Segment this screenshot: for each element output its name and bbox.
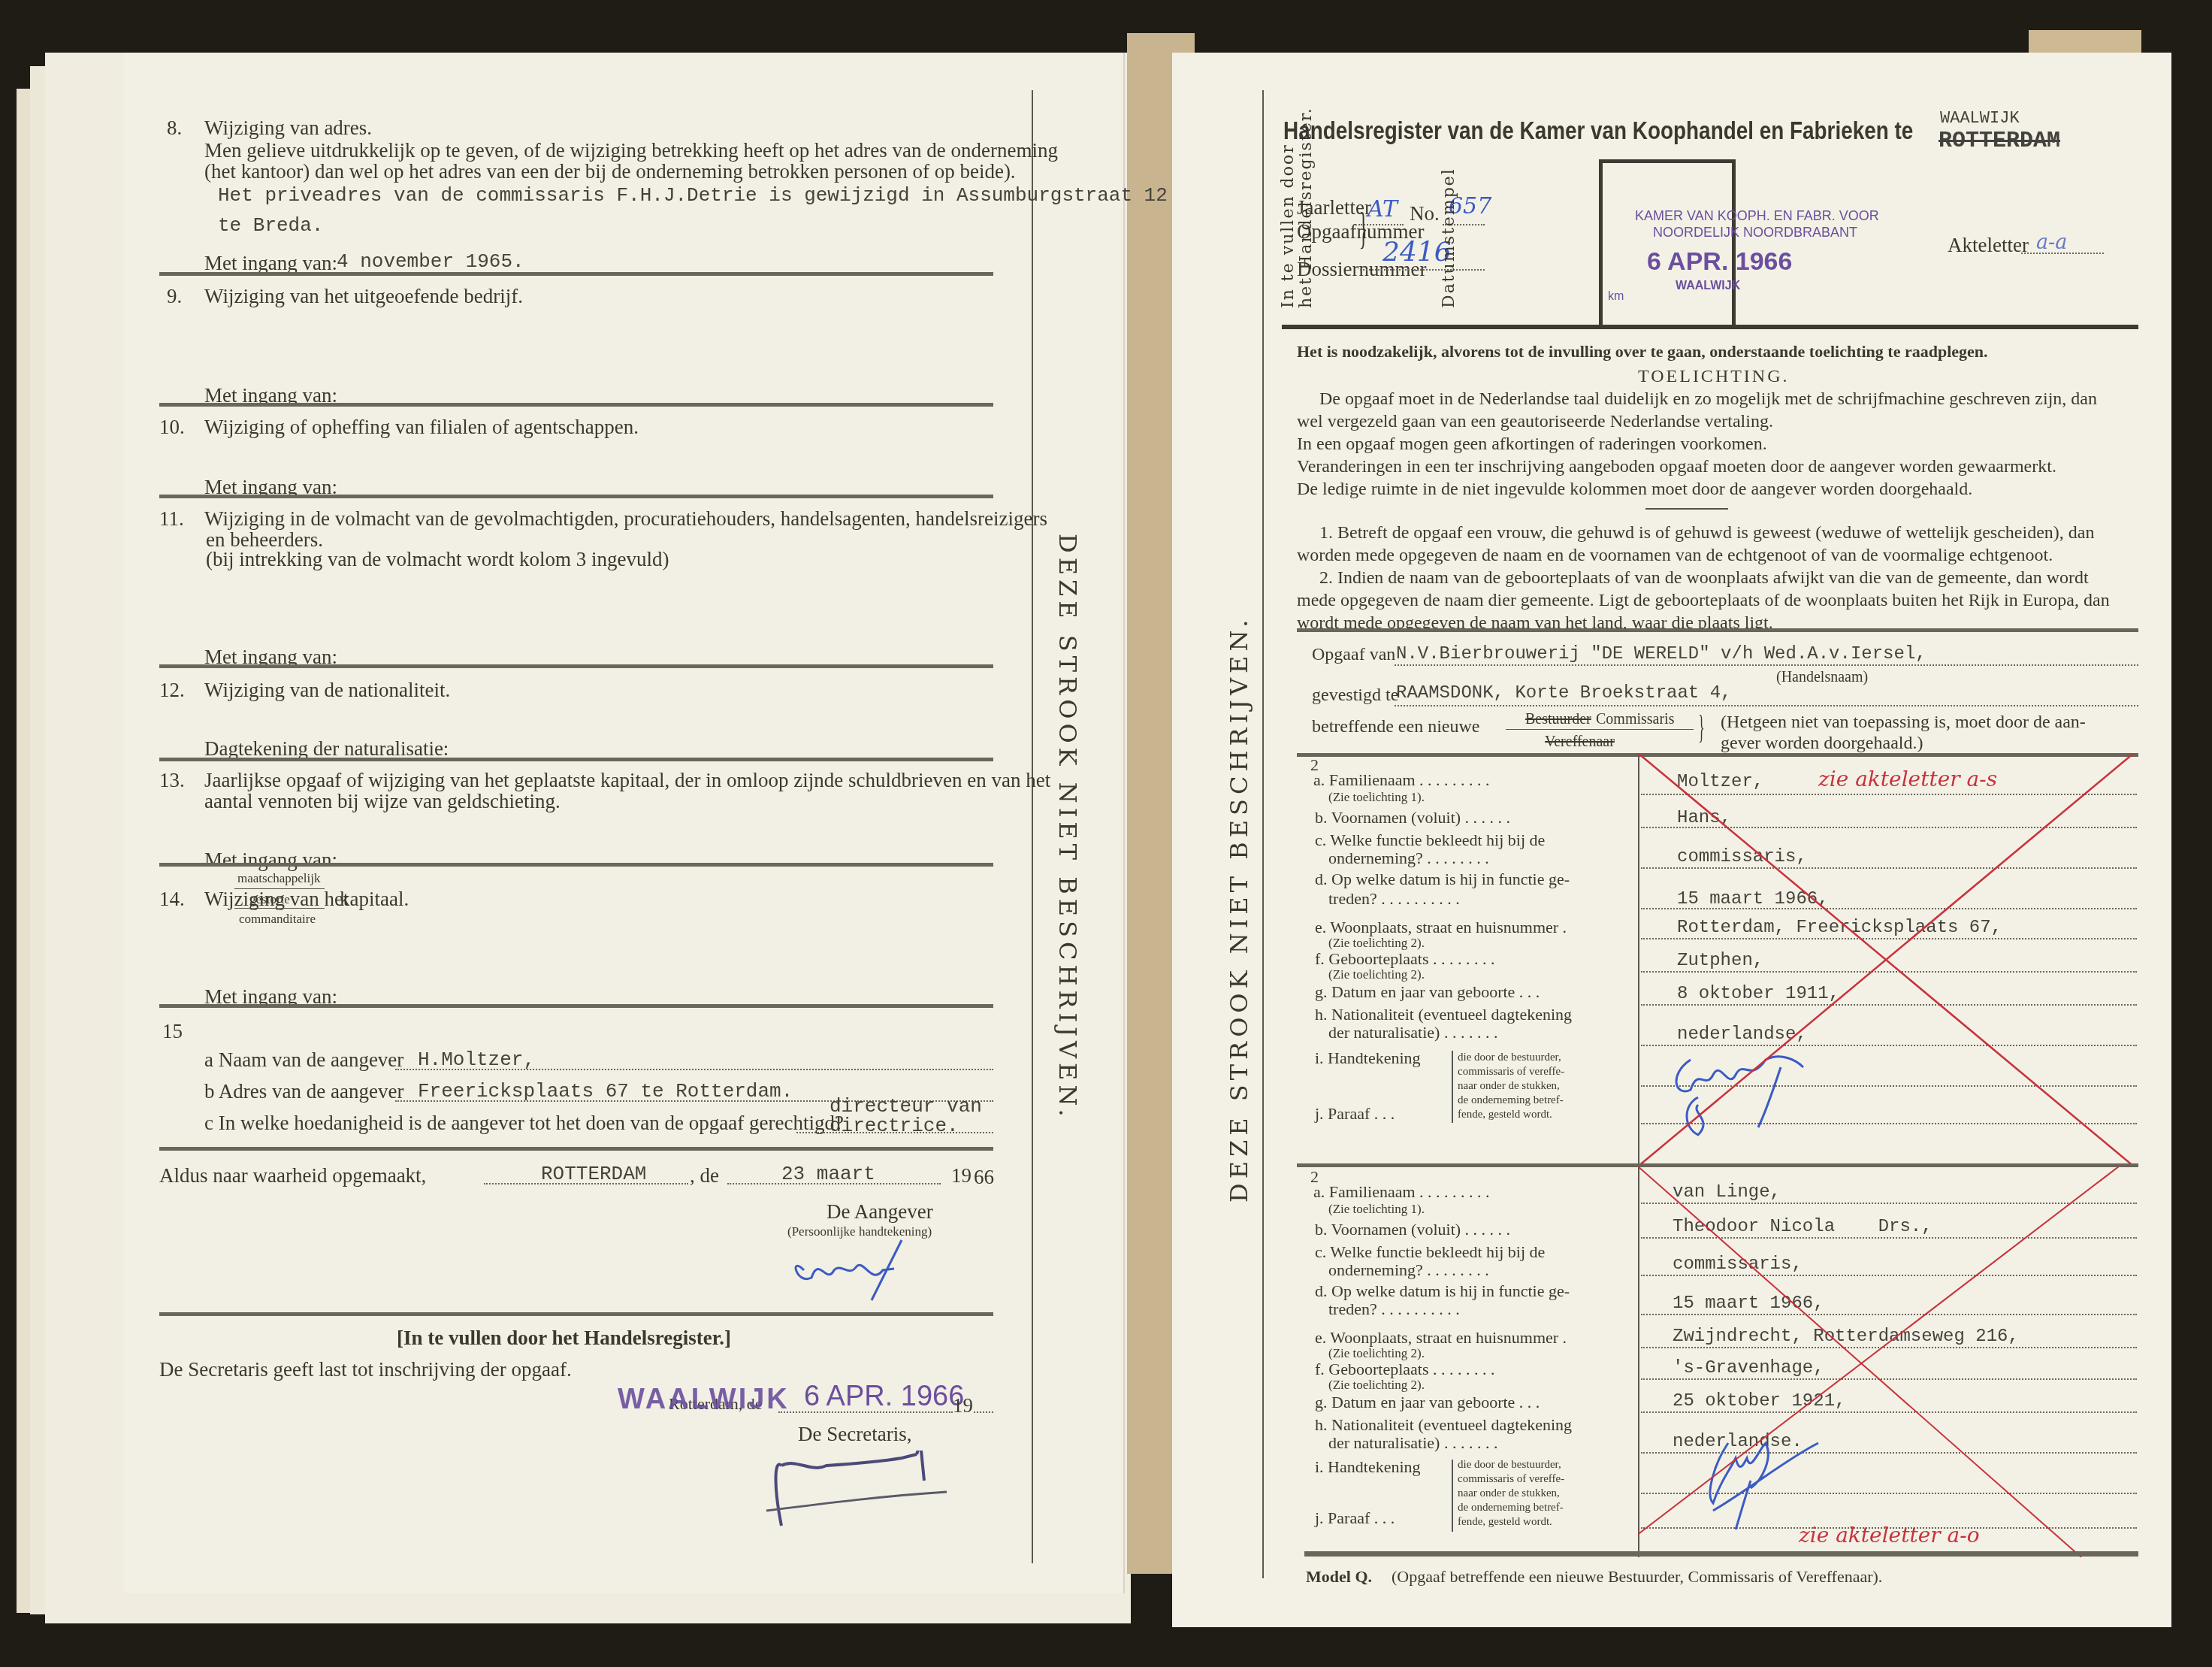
divider (1304, 1551, 2138, 1557)
toelichting-line: De opgaaf moet in de Nederlandse taal du… (1297, 388, 2138, 410)
label-woonplaats: e. Woonplaats, straat en huisnummer . (1315, 918, 1567, 936)
toelichting-line: In een opgaaf mogen geen afkortingen of … (1297, 433, 2138, 455)
signed-year-prefix: 19 (951, 1165, 972, 1187)
item-8-line: Men gelieve uitdrukkelijk op te geven, o… (204, 140, 1058, 162)
label-nationaliteit-2: der naturalisatie) . . . . . . . (1328, 1434, 1497, 1452)
waalwijk-stamp: WAALWIJK (618, 1384, 790, 1416)
signed-year-suffix: 66 (974, 1166, 994, 1189)
cancellation-cross (1638, 753, 2141, 1166)
label-geboorteplaats: f. Geboorteplaats . . . . . . . . (1315, 950, 1495, 968)
stamp-date: 6 APR. 1966 (1647, 248, 1792, 276)
page-edge (1123, 53, 1125, 1593)
note-line: de onderneming betref- (1458, 1501, 1564, 1515)
item-13-number: 13. (159, 770, 185, 792)
signature-note: die door de bestuurder, commissaris of v… (1458, 1051, 1564, 1122)
no-label: No. (1410, 203, 1440, 225)
divider (159, 1004, 993, 1008)
item-9-number: 9. (167, 286, 182, 308)
note-line: worden mede opgegeven de naam en de voor… (1297, 544, 2138, 567)
notice: Het is noodzakelijk, alvorens tot de inv… (1297, 343, 1988, 361)
signed-place: ROTTERDAM (541, 1163, 646, 1185)
note-line: 1. Betreft de opgaaf een vrouw, die gehu… (1297, 522, 2138, 544)
label-functie-2: onderneming? . . . . . . . . (1328, 1261, 1489, 1279)
section-15-number: 15 (162, 1021, 183, 1043)
note-line: 2. Indien de naam van de geboorteplaats … (1297, 567, 2138, 589)
label-familienaam-sub: (Zie toelichting 1). (1328, 1203, 1425, 1217)
aangever-address-label: b Adres van de aangever (204, 1081, 403, 1103)
short-rule (1645, 508, 1728, 510)
aangever-name-label: a Naam van de aangever (204, 1049, 403, 1072)
brace (1452, 1460, 1453, 1532)
aangever-name-value: H.Moltzer, (418, 1049, 535, 1071)
label-nationaliteit-2: der naturalisatie) . . . . . . . (1328, 1024, 1497, 1042)
note-line: naar onder de stukken, (1458, 1079, 1564, 1094)
form-title: Handelsregister van de Kamer van Koophan… (1283, 117, 1913, 145)
signed-date: 23 maart (781, 1163, 875, 1185)
label-woonplaats-sub: (Zie toelichting 2). (1328, 1347, 1425, 1361)
secretaris-caption: De Secretaris, (798, 1423, 911, 1446)
stamp-line-1: KAMER VAN KOOPH. EN FABR. VOOR (1635, 209, 1879, 224)
jaarletter-value: AT (1367, 197, 1398, 222)
fraction-maatschappelijk: maatschappelijk (237, 872, 320, 886)
item-10-number: 10. (159, 416, 185, 439)
label-datum-functie-2: treden? . . . . . . . . . . (1328, 890, 1460, 908)
side-label: In te vullen door (1279, 144, 1298, 308)
label-paraaf: j. Paraaf . . . (1315, 1509, 1395, 1527)
margin-notice-right: DEZE STROOK NIET BESCHRIJVEN. (1225, 615, 1253, 1203)
divider (159, 403, 993, 407)
fraction-line (234, 888, 325, 889)
model-description: (Opgaaf betreffende een nieuwe Bestuurde… (1392, 1568, 1882, 1586)
divider (159, 758, 993, 761)
label-geboorteplaats-sub: (Zie toelichting 2). (1328, 1378, 1425, 1393)
model-label: Model Q. (1306, 1568, 1372, 1586)
aangever-capacity-label: c In welke hoedanigheid is de aangever t… (204, 1112, 844, 1135)
toelichting-heading: TOELICHTING. (1638, 367, 1790, 386)
note-line: commissaris of vereffe- (1458, 1065, 1564, 1079)
margin-divider (1262, 90, 1264, 1578)
note-line: de onderneming betref- (1458, 1094, 1564, 1108)
divider (159, 664, 993, 668)
divider (159, 1147, 993, 1151)
title-place-typed: WAALWIJK (1940, 110, 2020, 128)
label-voornamen: b. Voornamen (voluit) . . . . . . (1315, 1221, 1510, 1239)
met-ingang-value: 4 november 1965. (337, 251, 524, 273)
note-line: mede opgegeven de naam dier gemeente. Li… (1297, 589, 2138, 612)
notes-body: 1. Betreft de opgaaf een vrouw, die gehu… (1297, 522, 2138, 634)
fraction-gestorte: gestorte (249, 893, 290, 907)
fraction-commanditaire: commanditaire (239, 912, 316, 927)
label-familienaam: a. Familienaam . . . . . . . . . (1313, 1183, 1490, 1201)
dotted-line (1395, 705, 2138, 706)
note-line: die door de bestuurder, (1458, 1458, 1564, 1472)
betreffende-note: (Hetgeen niet van toepassing is, moet do… (1721, 712, 2086, 732)
item-13-line: aantal vennoten bij wijze van geldschiet… (204, 791, 561, 813)
item-14-number: 14. (159, 888, 185, 911)
label-paraaf: j. Paraaf . . . (1315, 1105, 1395, 1123)
fraction-line (234, 908, 325, 909)
toelichting-line: Veranderingen in een ter inschrijving aa… (1297, 455, 2138, 478)
akteletter-value: a-a (2036, 231, 2067, 254)
stamp-initials: km (1608, 290, 1624, 304)
signed-prefix: Aldus naar waarheid opgemaakt, (159, 1165, 426, 1187)
label-functie: c. Welke functie bekleedt hij bij de (1315, 1243, 1545, 1261)
stamp-line-2: NOORDELIJK NOORDBRABANT (1653, 225, 1857, 241)
label-functie-2: onderneming? . . . . . . . . (1328, 849, 1489, 867)
handelsnaam-label: (Handelsnaam) (1776, 669, 1868, 685)
label-datum-functie-2: treden? . . . . . . . . . . (1328, 1300, 1460, 1318)
opgaaf-van-value: N.V.Bierbrouwerij "DE WERELD" v/h Wed.A.… (1396, 645, 1926, 664)
met-ingang-label: Met ingang van: (204, 849, 337, 872)
registry-year-prefix: 19 (953, 1395, 973, 1417)
item-11-line: (bij intrekking van de volmacht wordt ko… (206, 549, 669, 571)
registry-heading: [In te vullen door het Handelsregister.] (397, 1327, 731, 1350)
betreffende-label: betreffende een nieuwe (1312, 717, 1479, 737)
aangever-caption: De Aangever (826, 1201, 933, 1224)
opgaaf-van-label: Opgaaf van (1312, 645, 1395, 664)
note-line: fende, gesteld wordt. (1458, 1108, 1564, 1122)
margin-notice-left: DEZE STROOK NIET BESCHRIJVEN. (1053, 534, 1082, 1121)
item-14-suffix: kapitaal. (340, 888, 409, 911)
dotted-line (974, 1411, 993, 1413)
label-nationaliteit: h. Nationaliteit (eventueel dagtekening (1315, 1006, 1572, 1024)
brace: } (1359, 203, 1368, 253)
item-9-title: Wijziging van het uitgeoefende bedrijf. (204, 286, 523, 308)
role-bestuurder-struck: Bestuurder (1525, 711, 1591, 728)
toelichting-body: De opgaaf moet in de Nederlandse taal du… (1297, 388, 2138, 501)
label-geboortedatum: g. Datum en jaar van geboorte . . . (1315, 983, 1540, 1001)
note-line: naar onder de stukken, (1458, 1487, 1564, 1501)
divider (1297, 628, 2138, 632)
toelichting-line: De ledige ruimte in de niet ingevulde ko… (1297, 478, 2138, 501)
item-8-typed: Het priveadres van de commissaris F.H.J.… (218, 185, 1168, 207)
akteletter-label: Akteletter (1948, 234, 2029, 257)
label-functie: c. Welke functie bekleedt hij bij de (1315, 831, 1545, 849)
item-8-number: 8. (167, 117, 182, 140)
label-geboortedatum: g. Datum en jaar van geboorte . . . (1315, 1393, 1540, 1411)
item-13-title: Jaarlijkse opgaaf of wijziging van het g… (204, 770, 1050, 792)
signed-de: , de (690, 1165, 719, 1187)
label-woonplaats: e. Woonplaats, straat en huisnummer . (1315, 1329, 1567, 1347)
label-datum-functie: d. Op welke datum is hij in functie ge- (1315, 1282, 1570, 1300)
title-place-struck: ROTTERDAM (1939, 129, 2060, 154)
toelichting-line: wel vergezeld gaan van een geautoriseerd… (1297, 410, 2138, 433)
note-line: commissaris of vereffe- (1458, 1472, 1564, 1487)
item-10-title: Wijziging of opheffing van filialen of a… (204, 416, 639, 439)
registry-stamp-date: 6 APR. 1966 (804, 1381, 964, 1413)
brace: } (1698, 709, 1704, 746)
item-8-title: Wijziging van adres. (204, 117, 372, 140)
registry-instruction: De Secretaris geeft last tot inschrijvin… (159, 1359, 572, 1381)
role-commissaris: Commissaris (1596, 711, 1674, 728)
label-geboorteplaats-sub: (Zie toelichting 2). (1328, 968, 1425, 982)
label-handtekening: i. Handtekening (1315, 1049, 1421, 1067)
item-11-title: Wijziging in de volmacht van de gevolmac… (204, 508, 1047, 531)
item-8-line: (het kantoor) dan wel op het adres van e… (204, 161, 1016, 183)
aangever-address-value: Freericksplaats 67 te Rotterdam. (418, 1081, 793, 1103)
item-8-typed: te Breda. (218, 215, 323, 237)
brace (1452, 1051, 1453, 1123)
signature-note: die door de bestuurder, commissaris of v… (1458, 1458, 1564, 1529)
note-line: die door de bestuurder, (1458, 1051, 1564, 1065)
divider (1282, 325, 2138, 329)
divider (159, 272, 993, 276)
label-geboorteplaats: f. Geboorteplaats . . . . . . . . (1315, 1360, 1495, 1378)
betreffende-note: gever worden doorgehaald.) (1721, 734, 1923, 753)
dotted-line (1358, 224, 1404, 225)
item-12-number: 12. (159, 679, 185, 702)
gevestigd-label: gevestigd te (1312, 685, 1398, 705)
divider (159, 495, 993, 498)
divider (159, 1312, 993, 1316)
label-familienaam: a. Familienaam . . . . . . . . . (1313, 771, 1490, 789)
secretaris-signature (766, 1451, 1037, 1533)
role-vereffenaar-struck: Vereffenaar (1545, 734, 1615, 750)
aangever-signature (781, 1225, 977, 1308)
label-datum-functie: d. Op welke datum is hij in functie ge- (1315, 870, 1570, 888)
dotted-line (1360, 269, 1485, 271)
margin-divider (1032, 90, 1033, 1563)
label-handtekening: i. Handtekening (1315, 1458, 1421, 1476)
note-line: fende, gesteld wordt. (1458, 1515, 1564, 1529)
datumstempel-label: Datumstempel (1440, 168, 1458, 308)
cancellation-cross (1638, 1166, 2141, 1557)
label-familienaam-sub: (Zie toelichting 1). (1328, 791, 1425, 805)
gevestigd-value: RAAMSDONK, Korte Broekstraat 4, (1396, 684, 1731, 703)
item-11-number: 11. (159, 508, 184, 531)
divider (159, 863, 993, 867)
label-voornamen: b. Voornamen (voluit) . . . . . . (1315, 809, 1510, 827)
label-nationaliteit: h. Nationaliteit (eventueel dagtekening (1315, 1416, 1572, 1434)
label-woonplaats-sub: (Zie toelichting 2). (1328, 936, 1425, 951)
stamp-place: WAALWIJK (1676, 280, 1740, 293)
item-12-title: Wijziging van de nationaliteit. (204, 679, 450, 702)
fraction-line (1506, 729, 1694, 730)
aangever-capacity-value: directrice. (829, 1115, 959, 1137)
